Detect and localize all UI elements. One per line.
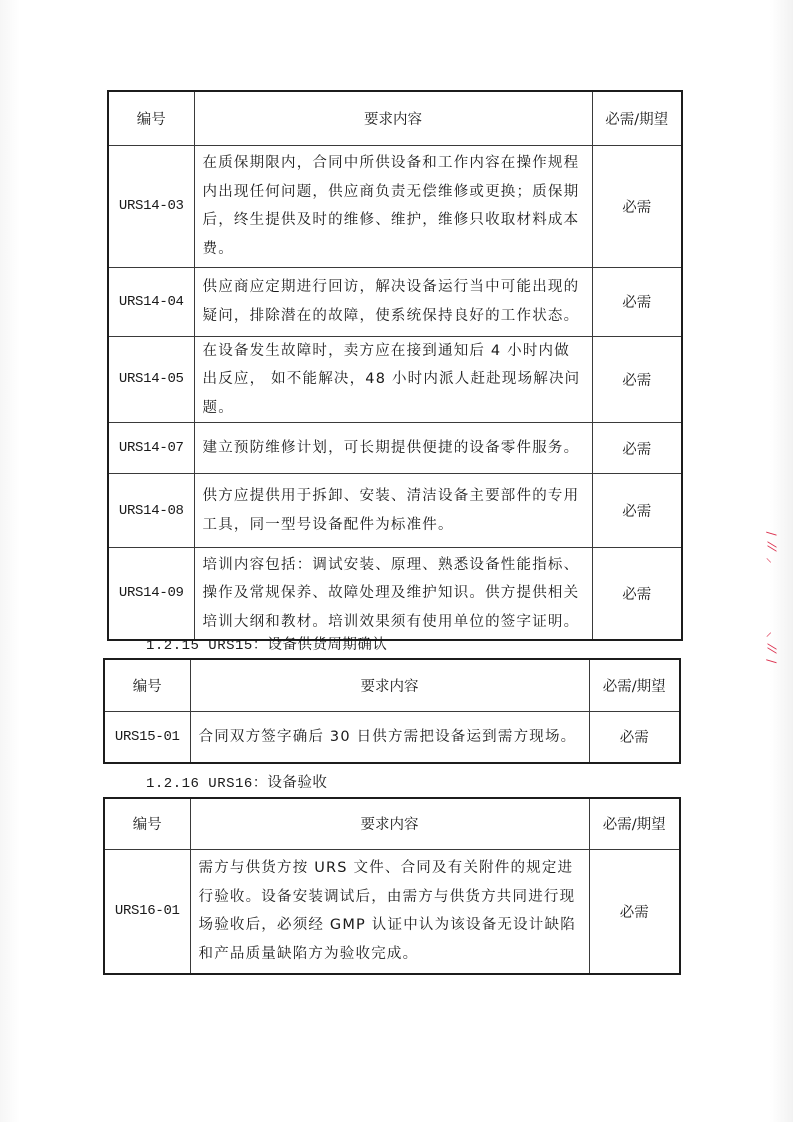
requirement-need: 必需 [592,548,682,640]
table-header-row: 编号 要求内容 必需/期望 [104,798,680,849]
requirement-id: URS14-04 [108,267,194,336]
requirement-need: 必需 [589,849,680,974]
seal-stamp-fragment: / ⁄⁄ ⸝ [763,532,780,566]
table-row: URS14-05 在设备发生故障时，卖方应在接到通知后 4 小时内做出反应， 如… [108,336,682,423]
table-row: URS14-09 培训内容包括：调试安装、原理、熟悉设备性能指标、操作及常规保养… [108,548,682,640]
requirement-need: 必需 [592,267,682,336]
requirement-need: 必需 [592,423,682,474]
header-need: 必需/期望 [589,659,680,711]
requirement-need: 必需 [592,336,682,423]
table-row: URS14-07 建立预防维修计划，可长期提供便捷的设备零件服务。 必需 [108,423,682,474]
header-id: 编号 [108,91,194,145]
section-number: 1.2.15 URS15： [146,638,267,654]
requirement-need: 必需 [589,711,680,763]
header-need: 必需/期望 [589,798,680,849]
table-row: URS14-03 在质保期限内，合同中所供设备和工作内容在操作规程内出现任何问题… [108,145,682,267]
header-need: 必需/期望 [592,91,682,145]
requirement-content: 培训内容包括：调试安装、原理、熟悉设备性能指标、操作及常规保养、故障处理及维护知… [194,548,592,640]
requirement-id: URS16-01 [104,849,190,974]
requirement-content: 供应商应定期进行回访，解决设备运行当中可能出现的疑问，排除潜在的故障，使系统保持… [194,267,592,336]
requirement-id: URS14-05 [108,336,194,423]
requirement-content: 供方应提供用于拆卸、安装、清洁设备主要部件的专用工具，同一型号设备配件为标准件。 [194,474,592,548]
requirement-id: URS14-09 [108,548,194,640]
requirement-content: 在质保期限内，合同中所供设备和工作内容在操作规程内出现任何问题，供应商负责无偿维… [194,145,592,267]
table-row: URS14-08 供方应提供用于拆卸、安装、清洁设备主要部件的专用工具，同一型号… [108,474,682,548]
table-row: URS14-04 供应商应定期进行回访，解决设备运行当中可能出现的疑问，排除潜在… [108,267,682,336]
requirement-id: URS15-01 [104,711,190,763]
requirement-content: 建立预防维修计划，可长期提供便捷的设备零件服务。 [194,423,592,474]
table-header-row: 编号 要求内容 必需/期望 [104,659,680,711]
header-id: 编号 [104,798,190,849]
requirement-id: URS14-08 [108,474,194,548]
header-content: 要求内容 [190,659,589,711]
requirement-id: URS14-07 [108,423,194,474]
header-content: 要求内容 [194,91,592,145]
section-heading-urs16: 1.2.16 URS16：设备验收 [146,771,327,792]
table-row: URS16-01 需方与供货方按 URS 文件、合同及有关附件的规定进行验收。设… [104,849,680,974]
requirement-content: 在设备发生故障时，卖方应在接到通知后 4 小时内做出反应， 如不能解决，48 小… [194,336,592,423]
requirement-content: 合同双方签字确后 30 日供方需把设备运到需方现场。 [190,711,589,763]
seal-stamp-fragment: ⸜ ⁄⁄ / [763,632,780,666]
section-number: 1.2.16 URS16： [146,776,267,792]
requirement-need: 必需 [592,474,682,548]
header-id: 编号 [104,659,190,711]
requirements-table-urs16: 编号 要求内容 必需/期望 URS16-01 需方与供货方按 URS 文件、合同… [103,797,681,975]
section-heading-urs15: 1.2.15 URS15：设备供货周期确认 [146,633,387,654]
requirement-need: 必需 [592,145,682,267]
requirement-content: 需方与供货方按 URS 文件、合同及有关附件的规定进行验收。设备安装调试后，由需… [190,849,589,974]
section-title: 设备供货周期确认 [267,637,387,653]
table-header-row: 编号 要求内容 必需/期望 [108,91,682,145]
table-row: URS15-01 合同双方签字确后 30 日供方需把设备运到需方现场。 必需 [104,711,680,763]
requirements-table-urs15: 编号 要求内容 必需/期望 URS15-01 合同双方签字确后 30 日供方需把… [103,658,681,764]
requirements-table-urs14: 编号 要求内容 必需/期望 URS14-03 在质保期限内，合同中所供设备和工作… [107,90,683,641]
header-content: 要求内容 [190,798,589,849]
section-title: 设备验收 [267,775,327,791]
requirement-id: URS14-03 [108,145,194,267]
